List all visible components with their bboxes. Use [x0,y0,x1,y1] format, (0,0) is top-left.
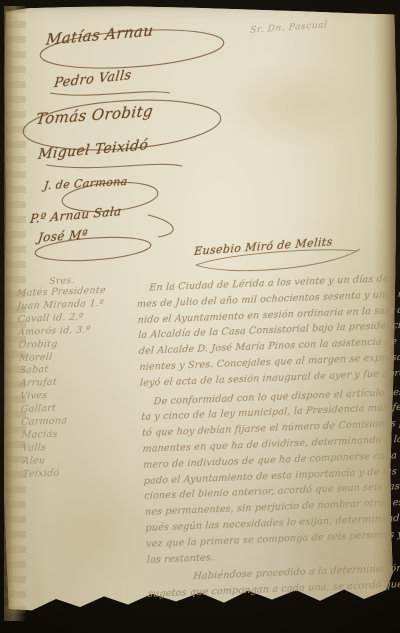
margin-roster: Sres. Matés Presidente Juan Miranda 1.º … [16,274,135,481]
act-body: En la Ciudad de Lérida a los veinte y un… [136,271,400,606]
scanned-manuscript-page: Sr. Dn. Pascual Matías Arnau Pedro Valls… [0,0,400,633]
paragraph-appointments: Habiéndose procedido a la determinación … [147,561,400,602]
paragraph-session-opening: En la Ciudad de Lérida a los veinte y un… [136,271,398,391]
paragraph-commissions: De conformidad con lo que dispone el art… [140,385,400,569]
